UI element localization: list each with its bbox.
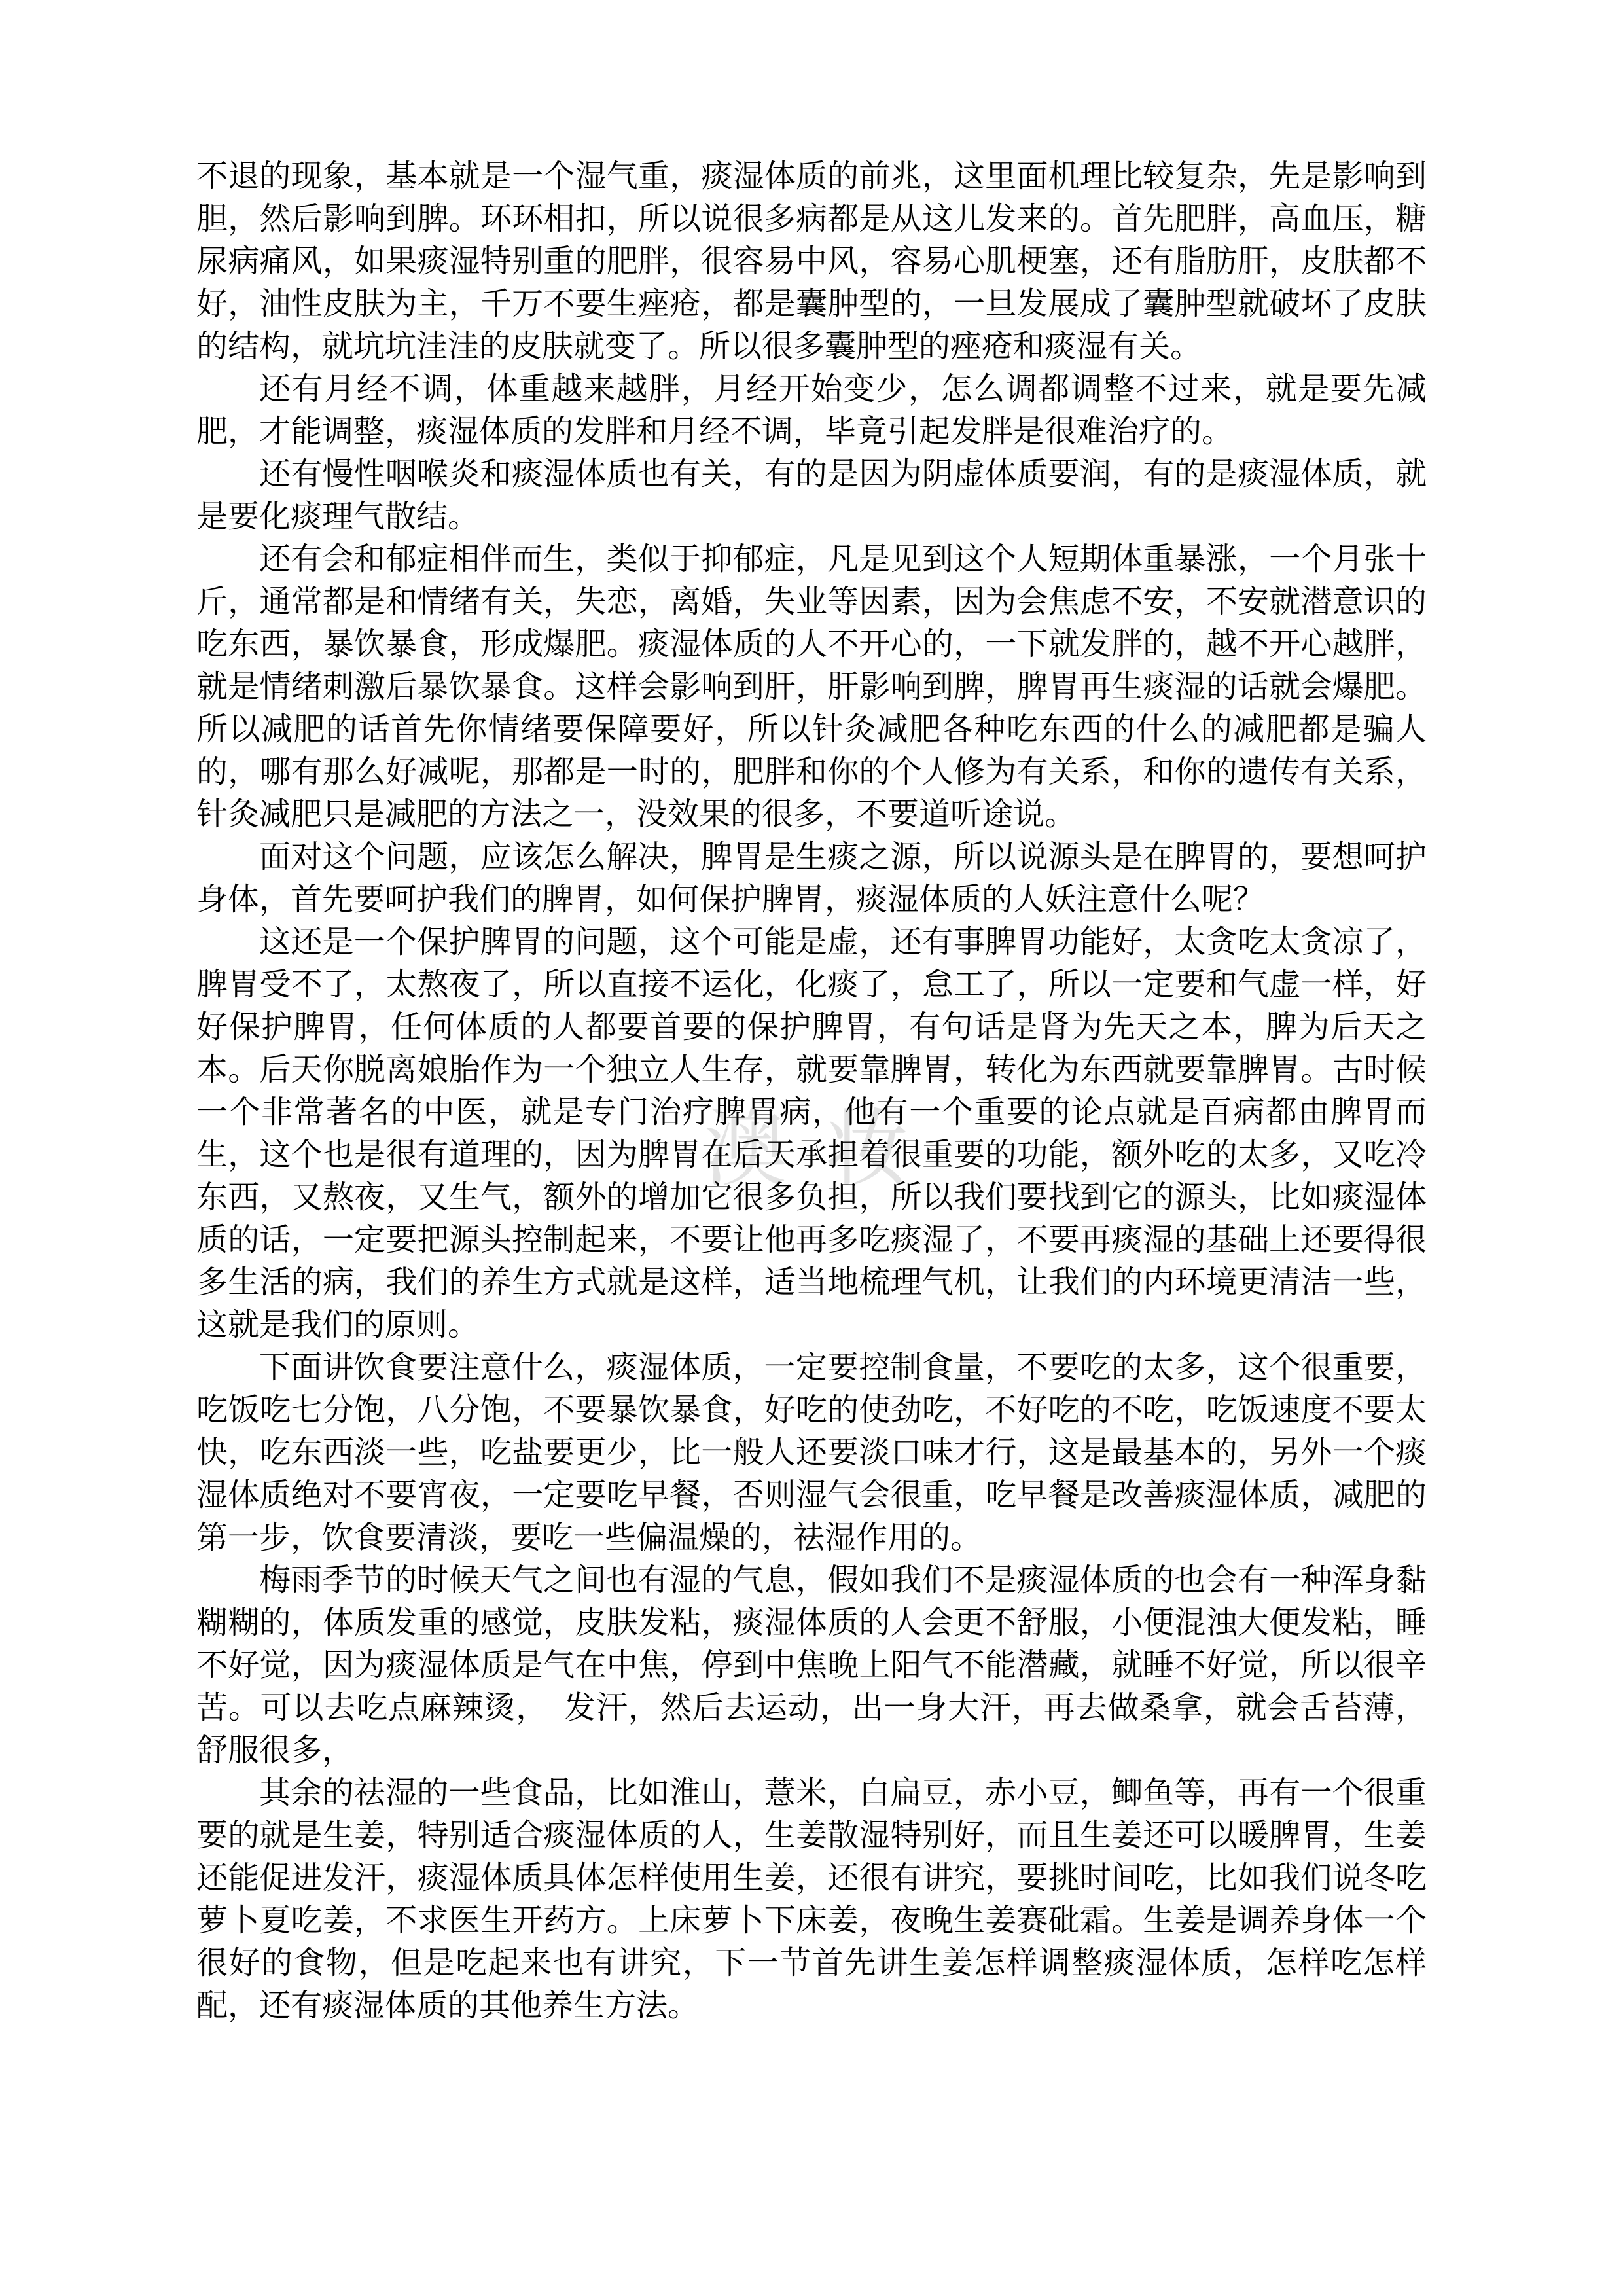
paragraph-4: 还有会和郁症相伴而生，类似于抑郁症，凡是见到这个人短期体重暴涨，一个月张十斤，通… (196, 538, 1427, 836)
paragraph-3: 还有慢性咽喉炎和痰湿体质也有关，有的是因为阴虚体质要润，有的是痰湿体质，就是要化… (196, 453, 1427, 538)
document-body: 不退的现象，基本就是一个湿气重，痰湿体质的前兆，这里面机理比较复杂，先是影响到胆… (196, 155, 1427, 2027)
paragraph-8: 梅雨季节的时候天气之间也有湿的气息，假如我们不是痰湿体质的也会有一种浑身黏糊糊的… (196, 1559, 1427, 1772)
paragraph-1: 不退的现象，基本就是一个湿气重，痰湿体质的前兆，这里面机理比较复杂，先是影响到胆… (196, 155, 1427, 368)
paragraph-5: 面对这个问题，应该怎么解决，脾胃是生痰之源，所以说源头是在脾胃的，要想呵护身体，… (196, 836, 1427, 921)
paragraph-6: 这还是一个保护脾胃的问题，这个可能是虚，还有事脾胃功能好，太贪吃太贪凉了，脾胃受… (196, 921, 1427, 1346)
paragraph-2: 还有月经不调，体重越来越胖，月经开始变少，怎么调都调整不过来，就是要先减肥，才能… (196, 368, 1427, 453)
paragraph-7: 下面讲饮食要注意什么，痰湿体质，一定要控制食量，不要吃的太多，这个很重要，吃饭吃… (196, 1346, 1427, 1559)
paragraph-9: 其余的祛湿的一些食品，比如淮山，薏米，白扁豆，赤小豆，鲫鱼等，再有一个很重要的就… (196, 1772, 1427, 2027)
document-page: 澳妆 不退的现象，基本就是一个湿气重，痰湿体质的前兆，这里面机理比较复杂，先是影… (0, 0, 1623, 2296)
